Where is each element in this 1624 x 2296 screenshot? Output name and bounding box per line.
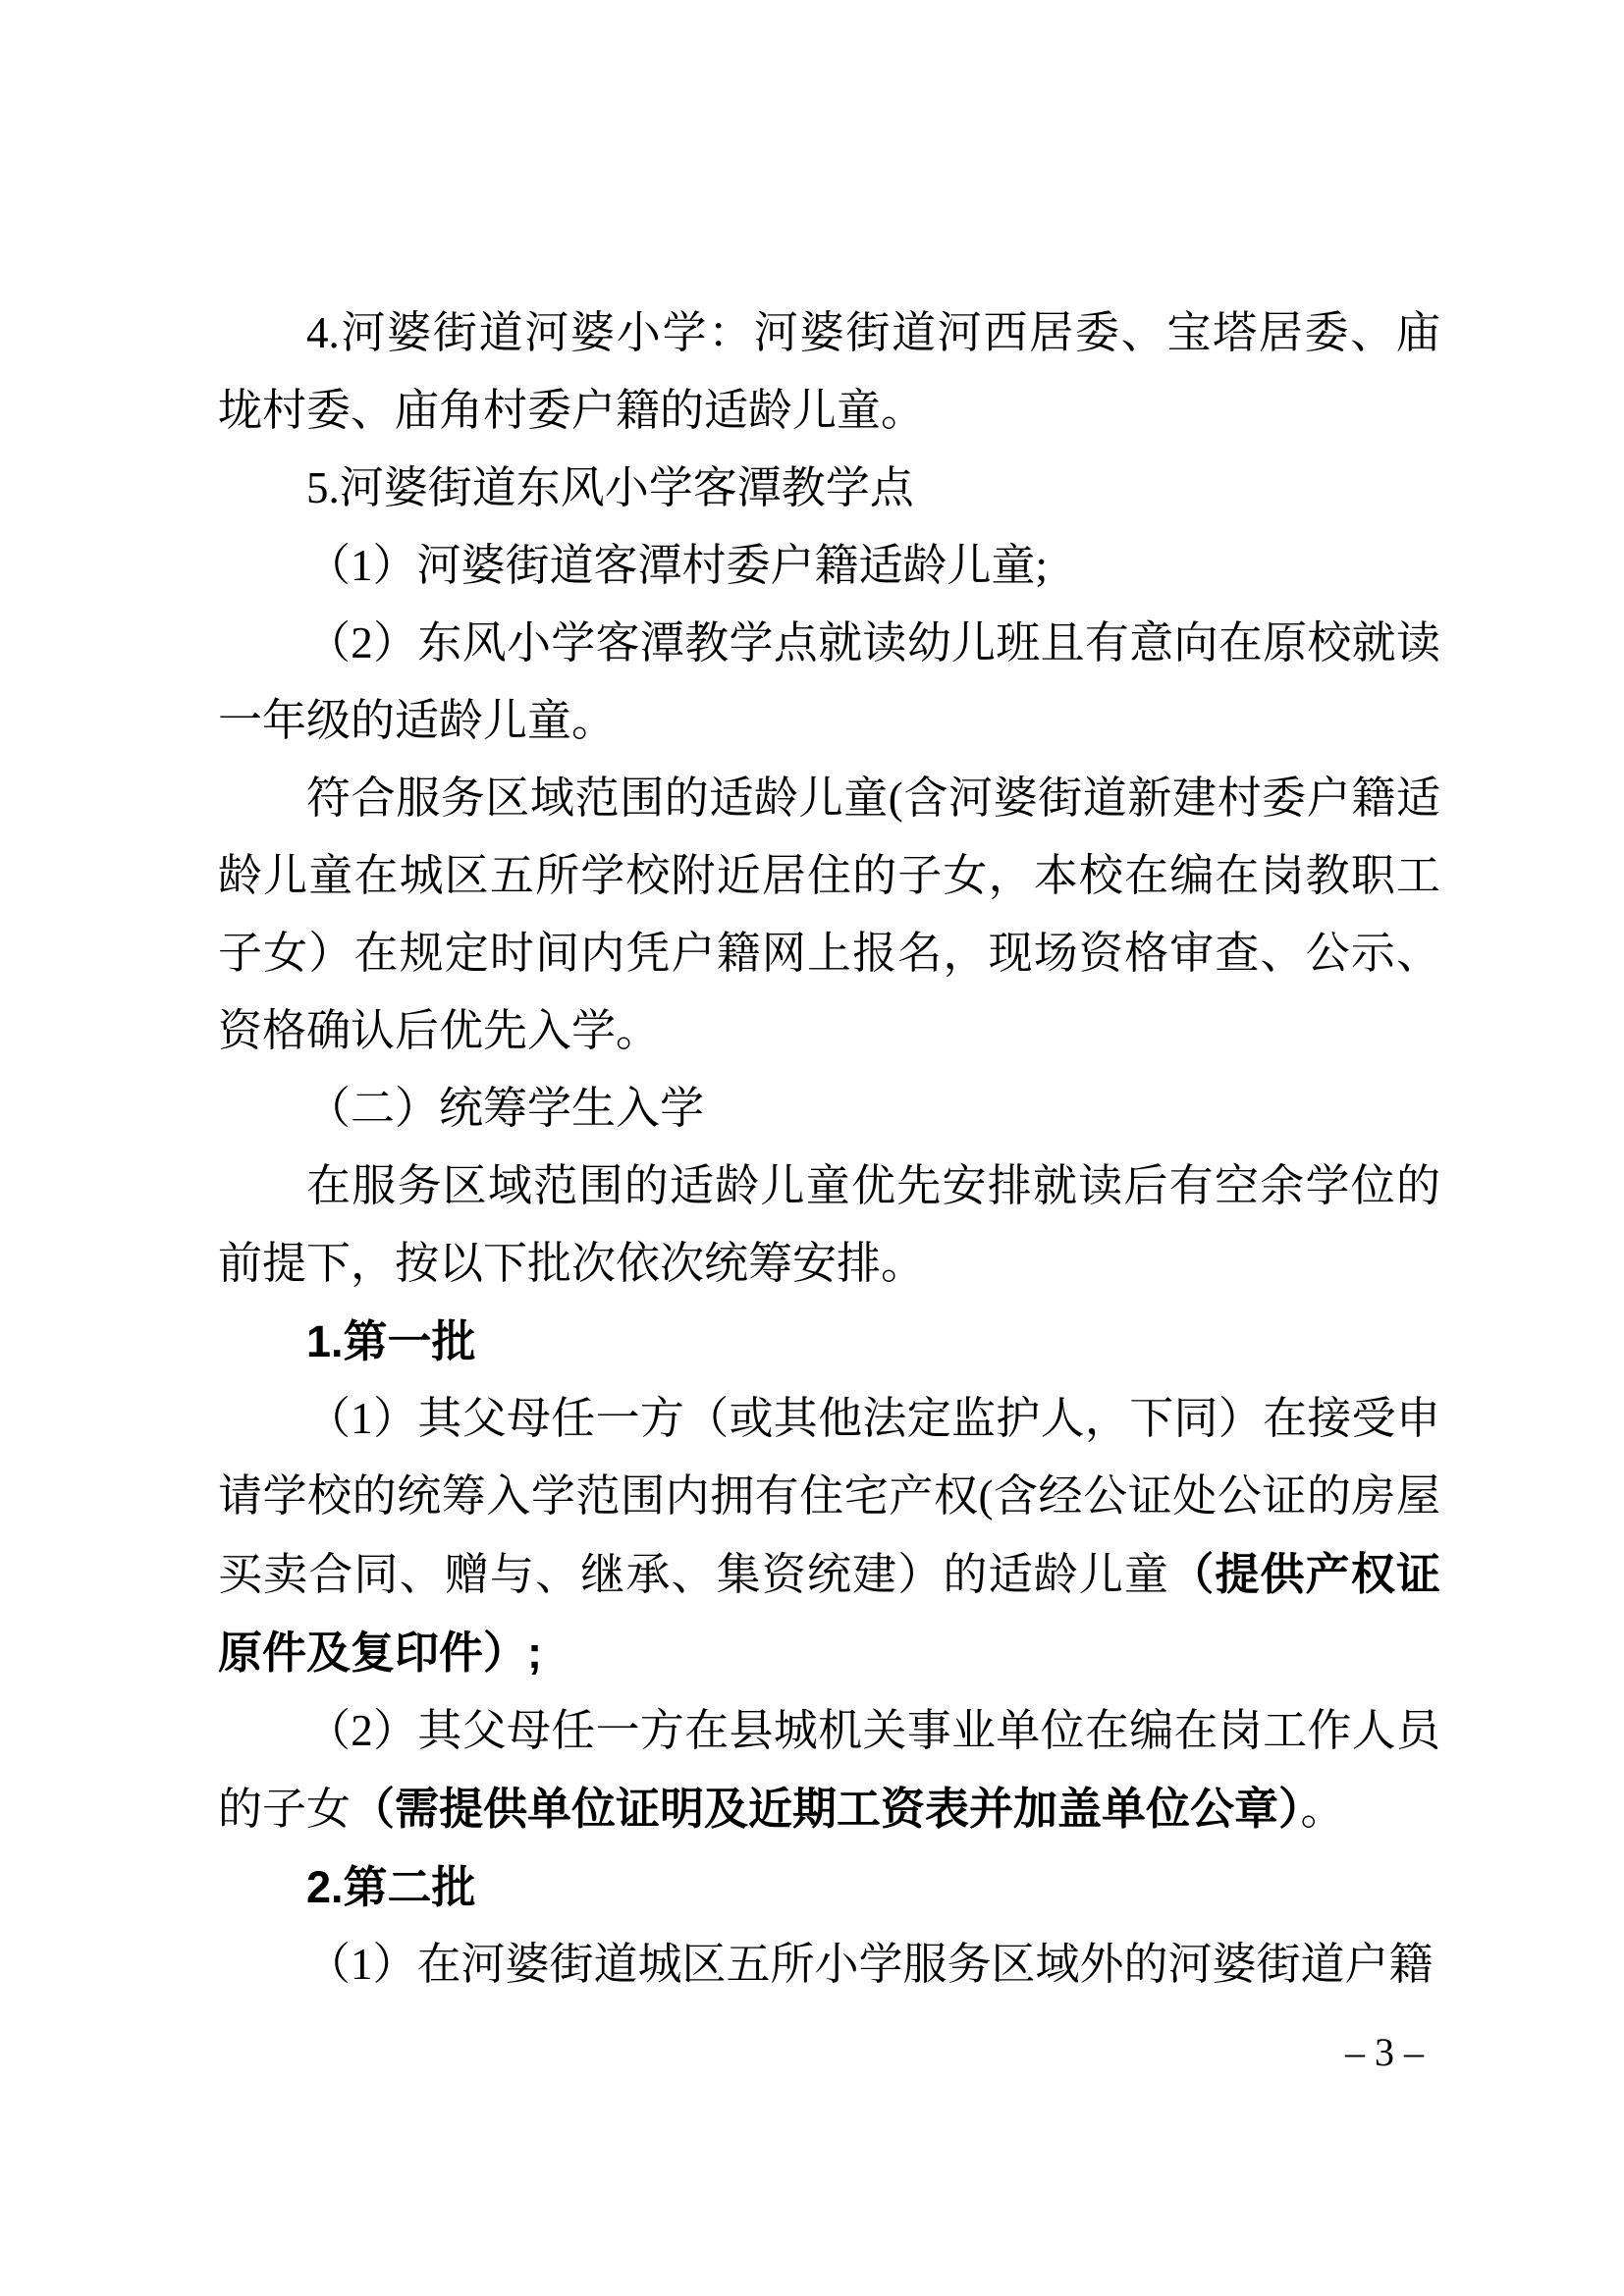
paragraph-school-4: 4.河婆街道河婆小学：河婆街道河西居委、宝塔居委、庙垅村委、庙角村委户籍的适龄儿…	[218, 294, 1440, 450]
paragraph-school-5-sub-2-text: （2）东风小学客潭教学点就读幼儿班且有意向在原校就读一年级的适龄儿童。	[218, 618, 1440, 745]
page-number: – 3 –	[1345, 2030, 1424, 2075]
paragraph-school-5-heading: 5.河婆街道东风小学客潭教学点	[218, 450, 1440, 527]
paragraph-batch-1-item-1: （1）其父母任一方（或其他法定监护人，下同）在接受申请学校的统筹入学范围内拥有住…	[218, 1380, 1440, 1692]
paragraph-school-5-sub-2: （2）东风小学客潭教学点就读幼儿班且有意向在原校就读一年级的适龄儿童。	[218, 605, 1440, 760]
batch-1-heading-text: 1.第一批	[306, 1316, 476, 1366]
batch-2-heading-text: 2.第二批	[306, 1862, 476, 1912]
batch-1-item-2-bold-note: （需提供单位证明及近期工资表并加盖单位公章）	[351, 1784, 1301, 1834]
paragraph-school-4-text: 4.河婆街道河婆小学：河婆街道河西居委、宝塔居委、庙垅村委、庙角村委户籍的适龄儿…	[218, 308, 1440, 435]
paragraph-batch-2-item-1: （1）在河婆街道城区五所小学服务区域外的河婆街道户籍	[218, 1926, 1440, 2003]
paragraph-school-5-sub-1-text: （1）河婆街道客潭村委户籍适龄儿童;	[306, 541, 1048, 590]
paragraph-service-area-text: 符合服务区域范围的适龄儿童(含河婆街道新建村委户籍适龄儿童在城区五所学校附近居住…	[218, 774, 1440, 1055]
batch-1-item-2-period: 。	[1301, 1785, 1345, 1834]
section-2-heading: （二）统筹学生入学	[218, 1070, 1440, 1148]
batch-1-heading: 1.第一批	[218, 1303, 1440, 1380]
document-page: 4.河婆街道河婆小学：河婆街道河西居委、宝塔居委、庙垅村委、庙角村委户籍的适龄儿…	[0, 0, 1624, 2296]
paragraph-service-area: 符合服务区域范围的适龄儿童(含河婆街道新建村委户籍适龄儿童在城区五所学校附近居住…	[218, 760, 1440, 1070]
batch-2-item-1-text: （1）在河婆街道城区五所小学服务区域外的河婆街道户籍	[306, 1940, 1434, 1989]
document-body: 4.河婆街道河婆小学：河婆街道河西居委、宝塔居委、庙垅村委、庙角村委户籍的适龄儿…	[218, 294, 1440, 2003]
paragraph-school-5-sub-1: （1）河婆街道客潭村委户籍适龄儿童;	[218, 527, 1440, 605]
section-2-heading-text: （二）统筹学生入学	[306, 1084, 704, 1133]
paragraph-section-2-intro-text: 在服务区域范围的适龄儿童优先安排就读后有空余学位的前提下，按以下批次依次统筹安排…	[218, 1161, 1440, 1288]
paragraph-batch-1-item-2: （2）其父母任一方在县城机关事业单位在编在岗工作人员的子女（需提供单位证明及近期…	[218, 1692, 1440, 1848]
batch-2-heading: 2.第二批	[218, 1848, 1440, 1926]
page-number-text: – 3 –	[1345, 2030, 1424, 2074]
paragraph-section-2-intro: 在服务区域范围的适龄儿童优先安排就读后有空余学位的前提下，按以下批次依次统筹安排…	[218, 1148, 1440, 1303]
paragraph-school-5-text: 5.河婆街道东风小学客潭教学点	[306, 463, 914, 512]
